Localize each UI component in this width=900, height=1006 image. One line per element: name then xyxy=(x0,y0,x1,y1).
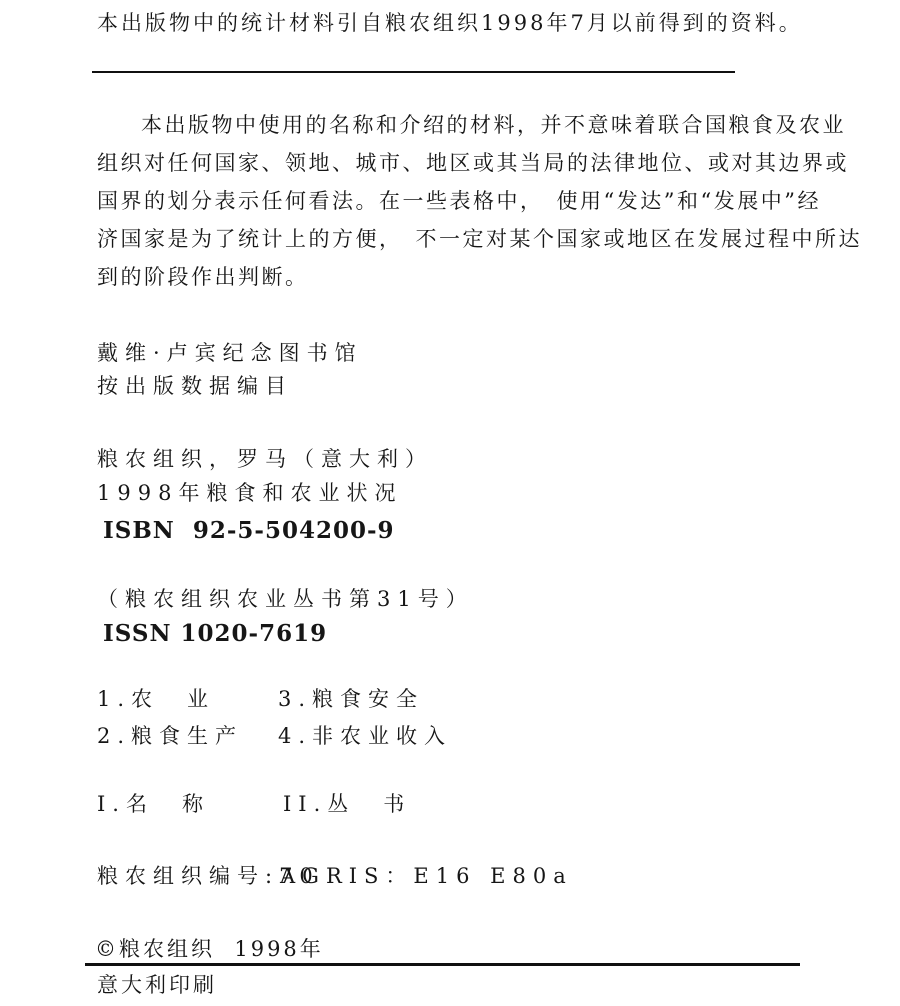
index-term-title: I.名 称 xyxy=(97,792,210,816)
cataloguing-note: 按出版数据编目 xyxy=(97,374,293,398)
isbn-number: ISBN 92-5-504200-9 xyxy=(103,519,395,543)
book-title: 1998年粮食和农业状况 xyxy=(97,481,402,505)
subject-term-food-production: 2.粮食生产 xyxy=(97,724,243,748)
series-note: （粮农组织农业丛书第31号） xyxy=(97,587,474,611)
disclaimer-line-5: 到的阶段作出判断。 xyxy=(97,258,837,296)
disclaimer-line-1: 本出版物中使用的名称和介绍的材料，并不意味着联合国粮食及农业 xyxy=(97,106,837,144)
bottom-divider-rule xyxy=(85,963,800,966)
copyright-notice: ©粮农组织 1998年 xyxy=(95,937,324,961)
disclaimer-paragraph: 本出版物中使用的名称和介绍的材料，并不意味着联合国粮食及农业 组织对任何国家、领… xyxy=(97,106,837,296)
subject-term-agriculture: 1.农 业 xyxy=(97,687,215,711)
disclaimer-line-3: 国界的划分表示任何看法。在一些表格中， 使用“发达”和“发展中”经 xyxy=(97,182,837,220)
index-term-series: II.丛 书 xyxy=(283,792,411,816)
top-divider-rule xyxy=(92,71,735,73)
disclaimer-line-4: 济国家是为了统计上的方便， 不一定对某个国家或地区在发展过程中所达 xyxy=(97,220,837,258)
agris-codes: AGRIS：E16 E80a xyxy=(280,864,573,888)
subject-term-nonfarm-income: 4.非农业收入 xyxy=(278,724,452,748)
library-name: 戴维·卢宾纪念图书馆 xyxy=(97,341,363,365)
printed-in-note: 意大利印刷 xyxy=(97,973,217,997)
disclaimer-line-2: 组织对任何国家、领地、城市、地区或其当局的法律地位、或对其边界或 xyxy=(97,144,837,182)
publisher-location: 粮农组织，罗马（意大利） xyxy=(97,447,433,471)
statistics-source-notice: 本出版物中的统计材料引自粮农组织1998年7月以前得到的资料。 xyxy=(97,11,803,35)
colophon-page: 本出版物中的统计材料引自粮农组织1998年7月以前得到的资料。 本出版物中使用的… xyxy=(0,0,900,1006)
subject-term-food-security: 3.粮食安全 xyxy=(278,687,424,711)
issn-number: ISSN 1020-7619 xyxy=(103,622,327,646)
